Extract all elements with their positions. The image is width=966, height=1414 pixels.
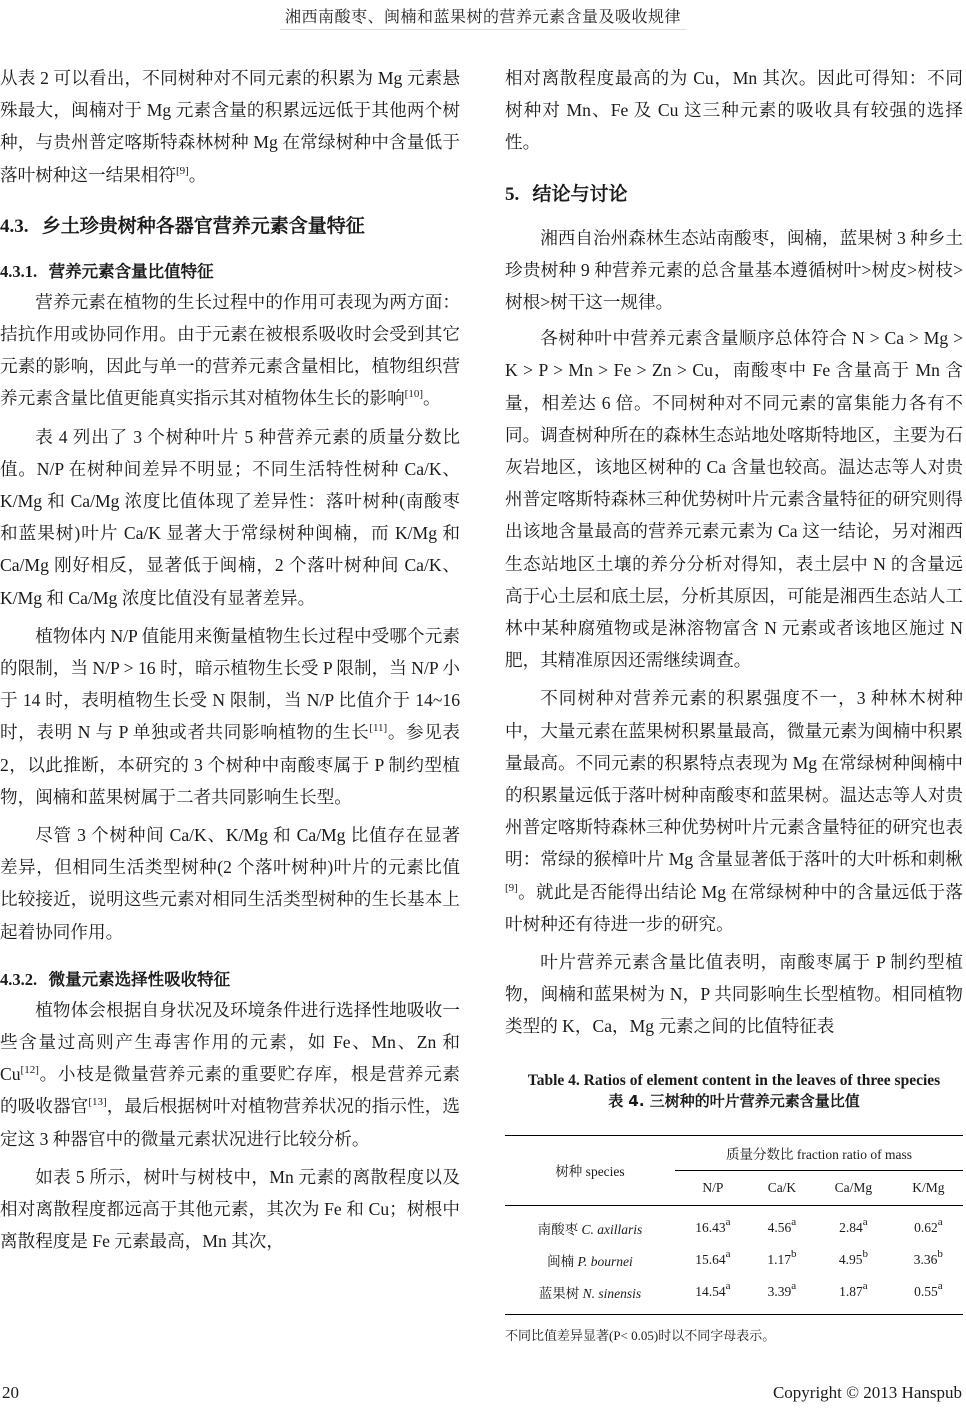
value-cell: 0.62a (894, 1205, 963, 1244)
ratio-table: 树种 species 质量分数比 fraction ratio of mass … (505, 1135, 963, 1315)
value-cell: 1.17b (751, 1244, 814, 1276)
column-header: Ca/Mg (813, 1170, 894, 1205)
section-heading-5: 5. 结论与讨论 (505, 179, 963, 206)
section-heading-4-3-2: 4.3.2. 微量元素选择性吸收特征 (0, 966, 460, 990)
column-group-header: 质量分数比 fraction ratio of mass (675, 1135, 963, 1170)
species-cell: 蓝果树 N. sinensis (505, 1276, 675, 1315)
citation[interactable]: [9] (176, 165, 189, 177)
citation[interactable]: [13] (88, 1096, 106, 1108)
species-cell: 南酸枣 C. axillaris (505, 1205, 675, 1244)
column-header: Ca/K (751, 1170, 814, 1205)
section-heading-4-3: 4.3. 乡土珍贵树种各器官营养元素含量特征 (0, 211, 460, 238)
table-caption-en: Table 4. Ratios of element content in th… (505, 1071, 963, 1091)
paragraph: 尽管 3 个树种间 Ca/K、K/Mg 和 Ca/Mg 比值存在显著差异，但相同… (0, 819, 460, 948)
value-cell: 4.56a (751, 1205, 814, 1244)
table-row: 南酸枣 C. axillaris 16.43a 4.56a 2.84a 0.62… (505, 1205, 963, 1244)
citation[interactable]: [10] (405, 388, 423, 400)
column-header-species: 树种 species (505, 1135, 675, 1205)
paragraph: 相对离散程度最高的为 Cu，Mn 其次。因此可得知：不同树种对 Mn、Fe 及 … (505, 62, 963, 159)
page-number: 20 (2, 1383, 19, 1403)
citation[interactable]: [9] (505, 882, 518, 894)
paragraph: 不同树种对营养元素的积累强度不一，3 种林木树种中，大量元素在蓝果树积累量最高，… (505, 682, 963, 940)
table-note: 不同比值差异显著(P< 0.05)时以不同字母表示。 (505, 1325, 963, 1344)
column-header: N/P (675, 1170, 751, 1205)
paragraph: 植物体内 N/P 值能用来衡量植物生长过程中受哪个元素的限制，当 N/P > 1… (0, 620, 460, 813)
paragraph: 从表 2 可以看出，不同树种对不同元素的积累为 Mg 元素悬殊最大，闽楠对于 M… (0, 62, 460, 191)
value-cell: 0.55a (894, 1276, 963, 1315)
value-cell: 14.54a (675, 1276, 751, 1315)
value-cell: 15.64a (675, 1244, 751, 1276)
right-column: 相对离散程度最高的为 Cu，Mn 其次。因此可得知：不同树种对 Mn、Fe 及 … (505, 62, 963, 1344)
paragraph: 湘西自治州森林生态站南酸枣，闽楠，蓝果树 3 种乡土珍贵树种 9 种营养元素的总… (505, 222, 963, 319)
table-row: 闽楠 P. bournei 15.64a 1.17b 4.95b 3.36b (505, 1244, 963, 1276)
paragraph: 各树种叶中营养元素含量顺序总体符合 N > Ca > Mg > K > P > … (505, 322, 963, 676)
species-cell: 闽楠 P. bournei (505, 1244, 675, 1276)
table-row: 蓝果树 N. sinensis 14.54a 3.39a 1.87a 0.55a (505, 1276, 963, 1315)
value-cell: 3.39a (751, 1276, 814, 1315)
copyright-notice: Copyright © 2013 Hanspub (773, 1383, 962, 1403)
value-cell: 3.36b (894, 1244, 963, 1276)
table-caption-zh: 表 4. 三树种的叶片营养元素含量比值 (505, 1091, 963, 1111)
paragraph: 植物体会根据自身状况及环境条件进行选择性地吸收一些含量过高则产生毒害作用的元素，… (0, 994, 460, 1155)
left-column: 从表 2 可以看出，不同树种对不同元素的积累为 Mg 元素悬殊最大，闽楠对于 M… (0, 62, 460, 1258)
paragraph: 表 4 列出了 3 个树种叶片 5 种营养元素的质量分数比值。N/P 在树种间差… (0, 421, 460, 614)
value-cell: 16.43a (675, 1205, 751, 1244)
value-cell: 2.84a (813, 1205, 894, 1244)
running-header: 湘西南酸枣、闽楠和蓝果树的营养元素含量及吸收规律 (0, 4, 966, 27)
column-header: K/Mg (894, 1170, 963, 1205)
value-cell: 1.87a (813, 1276, 894, 1315)
header-rule (280, 29, 686, 30)
citation[interactable]: [11] (369, 722, 387, 734)
section-heading-4-3-1: 4.3.1. 营养元素含量比值特征 (0, 258, 460, 282)
paragraph: 如表 5 所示，树叶与树枝中，Mn 元素的离散程度以及相对离散程度都远高于其他元… (0, 1161, 460, 1258)
citation[interactable]: [12] (21, 1064, 39, 1076)
paragraph: 叶片营养元素含量比值表明，南酸枣属于 P 制约型植物，闽楠和蓝果树为 N，P 共… (505, 946, 963, 1043)
paragraph: 营养元素在植物的生长过程中的作用可表现为两方面：拮抗作用或协同作用。由于元素在被… (0, 286, 460, 415)
table-caption: Table 4. Ratios of element content in th… (505, 1071, 963, 1111)
value-cell: 4.95b (813, 1244, 894, 1276)
